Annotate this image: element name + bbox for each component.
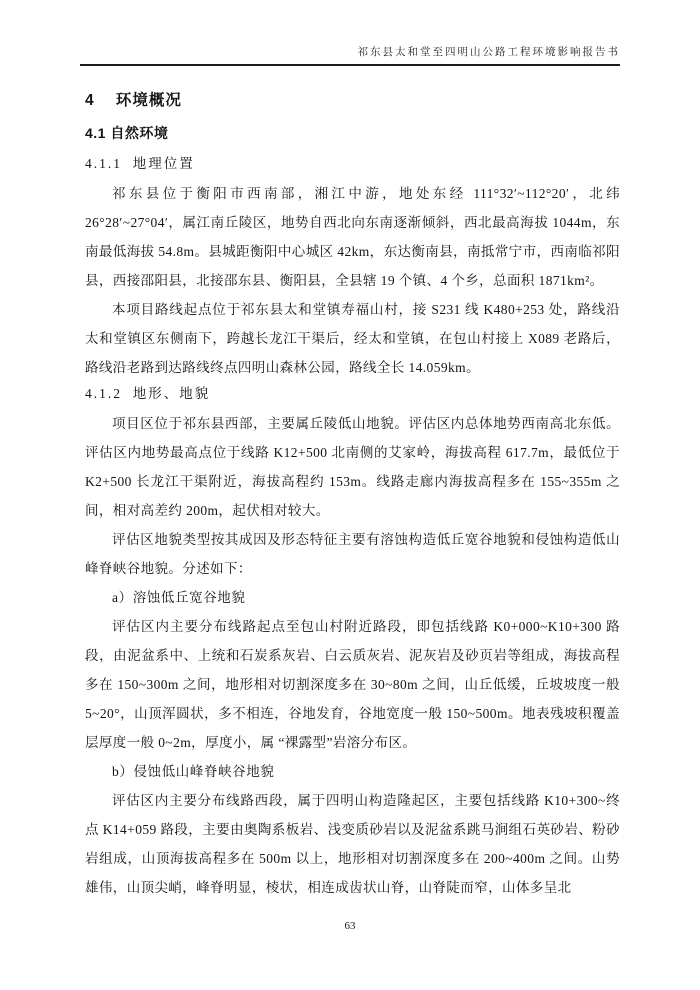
paragraph: 评估区内主要分布线路西段，属于四明山构造隆起区，主要包括线路 K10+300~终…: [85, 786, 620, 902]
document-page: 祁东县太和堂至四明山公路工程环境影响报告书 4 环境概况4.1 自然环境4.1.…: [0, 0, 700, 990]
list-item-heading: a）溶蚀低丘宽谷地貌: [85, 583, 620, 612]
paragraph: 本项目路线起点位于祁东县太和堂镇寿福山村，接 S231 线 K480+253 处…: [85, 295, 620, 382]
paragraph: 项目区位于祁东县西部，主要属丘陵低山地貌。评估区内总体地势西南高北东低。评估区内…: [85, 409, 620, 525]
subsection-heading: 4.1.1 地理位置: [85, 154, 620, 173]
document-body: 4 环境概况4.1 自然环境4.1.1 地理位置祁东县位于衡阳市西南部，湘江中游…: [85, 90, 620, 902]
subsection-heading: 4.1.2 地形、地貌: [85, 384, 620, 403]
paragraph: 评估区内主要分布线路起点至包山村附近路段，即包括线路 K0+000~K10+30…: [85, 612, 620, 757]
section-heading: 4.1 自然环境: [85, 123, 620, 143]
list-item-heading: b）侵蚀低山峰脊峡谷地貌: [85, 757, 620, 786]
page-number: 63: [0, 920, 700, 932]
running-header: 祁东县太和堂至四明山公路工程环境影响报告书: [80, 44, 620, 66]
paragraph: 评估区地貌类型按其成因及形态特征主要有溶蚀构造低丘宽谷地貌和侵蚀构造低山峰脊峡谷…: [85, 525, 620, 583]
paragraph: 祁东县位于衡阳市西南部，湘江中游，地处东经 111°32′~112°20′，北纬…: [85, 179, 620, 295]
chapter-heading: 4 环境概况: [85, 90, 620, 112]
